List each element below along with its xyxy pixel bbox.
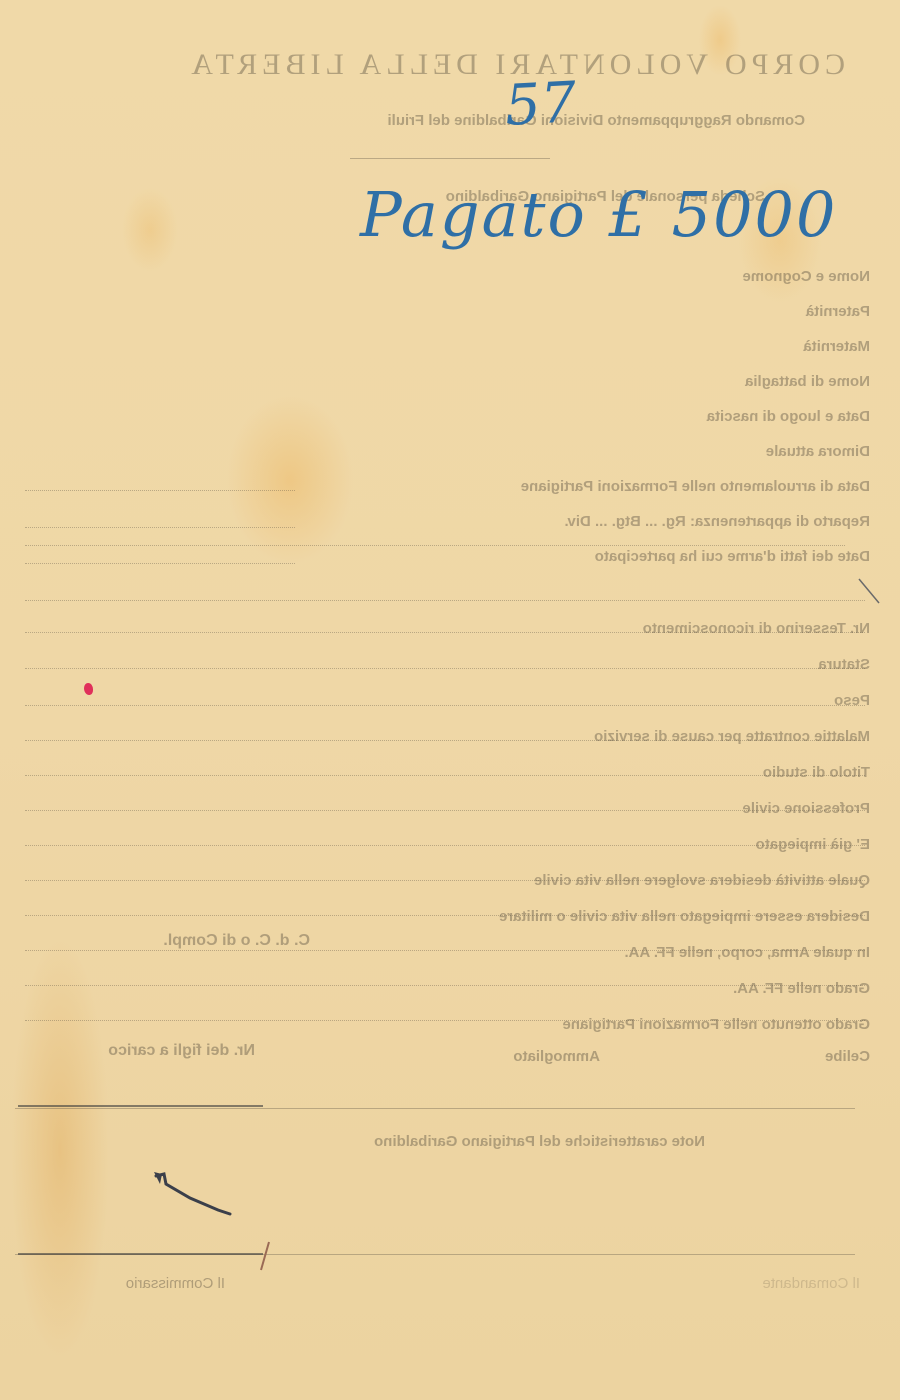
field-label: In quale Arma, corpo, nelle FF. AA. (624, 944, 870, 961)
document-header-subtitle: Comando Raggruppamento Divisioni Garibal… (387, 112, 805, 129)
field-label: Reparto di appartenenza: Rg. ... Btg. ..… (564, 513, 870, 530)
field-label: Malattie contratte per cause di servizio (594, 728, 870, 745)
field-label: Peso (834, 692, 870, 709)
field-label: Grado ottenuto nelle Formazioni Partigia… (562, 1016, 870, 1033)
field-label: Nr. Tesserino di riconoscimento (643, 620, 870, 637)
field-label: Maternità (803, 338, 870, 355)
field-label: Nome di battaglia (745, 373, 870, 390)
field-label: Paternità (806, 303, 870, 320)
side-note: C. d. C. o di Compl. (163, 932, 310, 950)
field-label: Professione civile (742, 800, 870, 817)
field-label: Ammogliato (513, 1048, 600, 1065)
field-label: Date dei fatti d'arme cui ha partecipato (595, 548, 870, 565)
pencil-stroke-mark (150, 1170, 240, 1220)
small-pen-mark (855, 575, 885, 610)
footer-heading: Note caratteristiche del Partigiano Gari… (374, 1133, 705, 1150)
field-label: Data e luogo di nascita (707, 408, 870, 425)
field-label: Nome e Cognome (742, 268, 870, 285)
handwritten-page-number: 57 (503, 70, 578, 139)
field-label: Data di arruolamento nelle Formazioni Pa… (521, 478, 870, 495)
field-label: Celibe (825, 1048, 870, 1065)
field-label: Grado nelle FF. AA. (733, 980, 870, 997)
field-label: Desidera essere impiegato nella vita civ… (499, 908, 870, 925)
field-label: Dimora attuale (766, 443, 870, 460)
scanned-document-page: CORPO VOLONTARI DELLA LIBERTA Comando Ra… (0, 0, 900, 1400)
field-label: Titolo di studio (763, 764, 870, 781)
handwritten-payment-note: Pagato £ 5000 (360, 178, 837, 251)
field-label: Statura (818, 656, 870, 673)
signature-label-comandante: Il Comandante (762, 1275, 860, 1292)
small-pen-mark (255, 1238, 275, 1274)
field-label: Nr. dei figli a carico (108, 1042, 255, 1060)
signature-label-commissario: Il Commissario (126, 1275, 225, 1292)
red-ink-spot (84, 683, 93, 695)
